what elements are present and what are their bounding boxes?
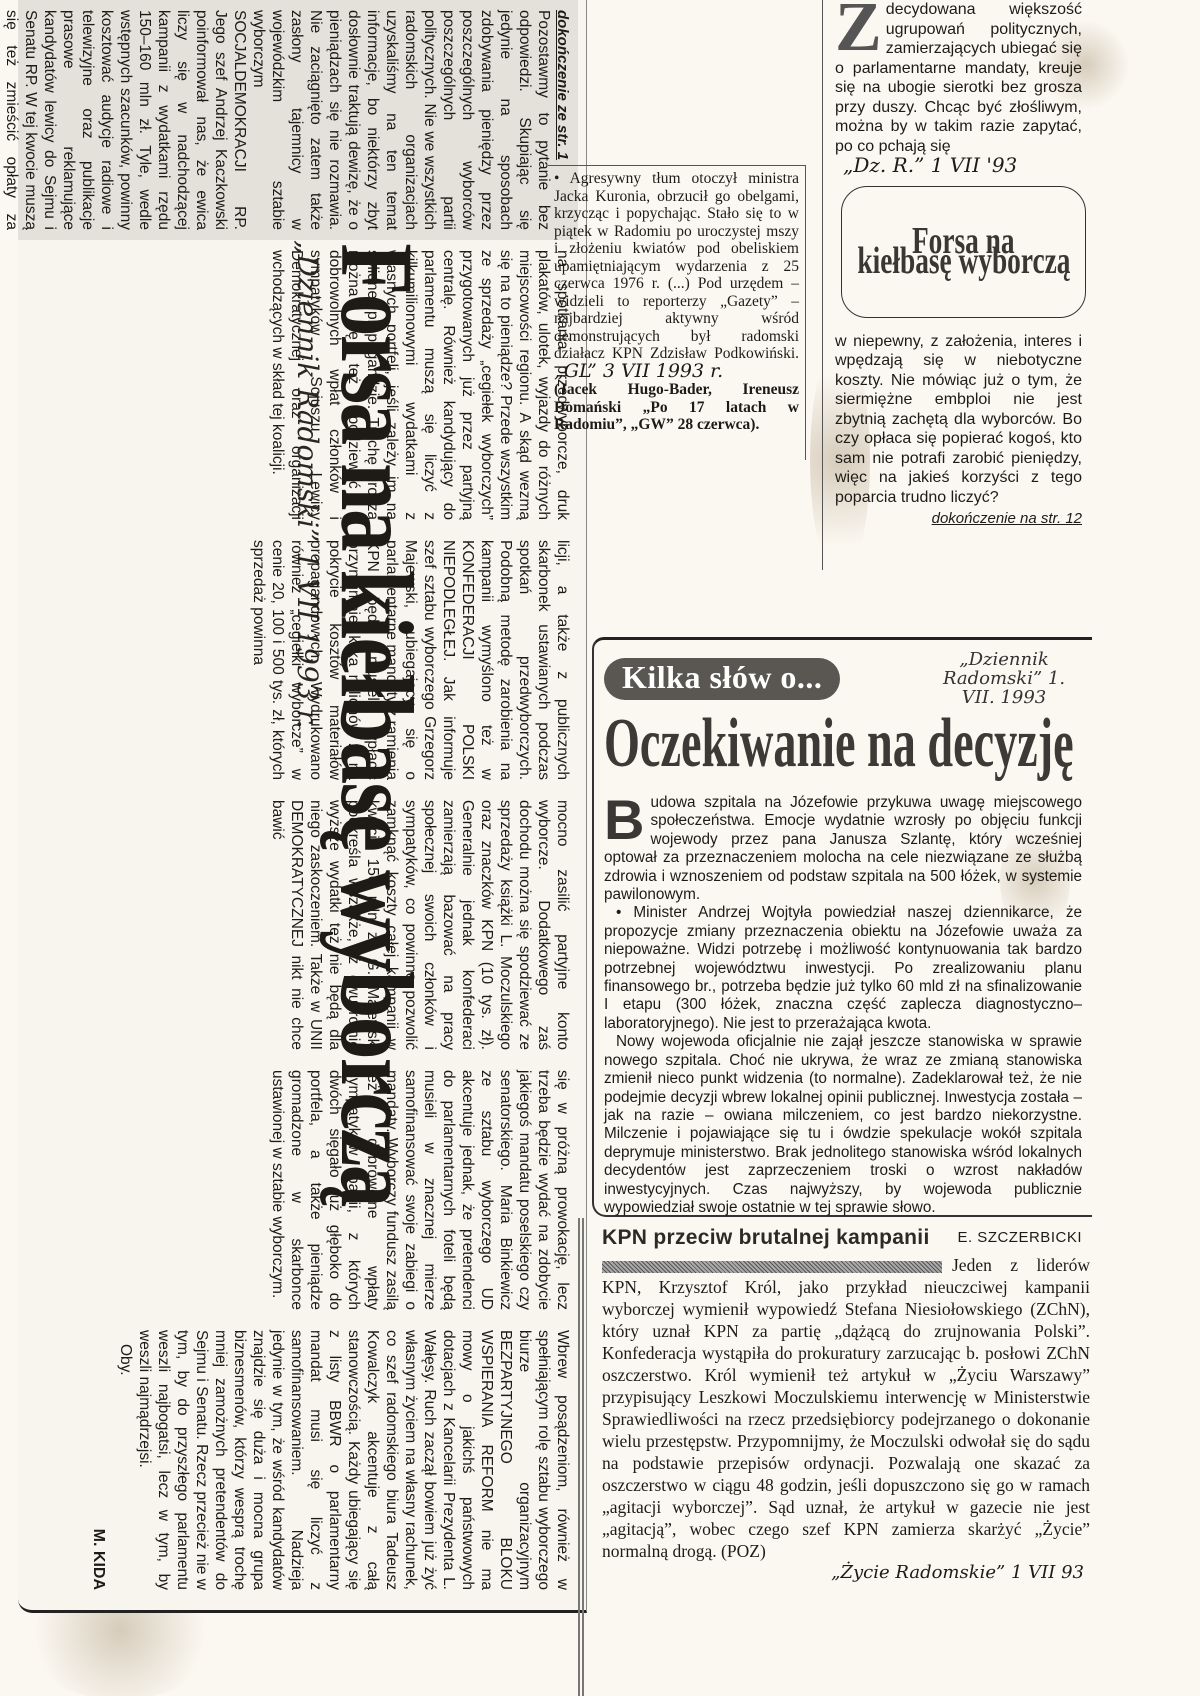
paragraph: • Minister Andrzej Wojtyła powiedział na…	[604, 904, 1082, 1033]
closing-word: Oby.	[116, 1330, 135, 1590]
kpn-article: KPN przeciw brutalnej kampanii Jeden z l…	[578, 1218, 1090, 1696]
handwritten-source-note: „Dz. R.” 1 VII '93	[843, 156, 1082, 176]
forsa-continued-clip: Z decydowana większość ugrupowań polityc…	[822, 0, 1090, 570]
byline: (Jacek Hugo-Bader, Ireneusz Domański „Po…	[554, 381, 799, 434]
handwritten-source-note: „Życie Radomskie” 1 VII 93	[831, 1562, 1084, 1583]
article-column: Wbrew posądzeniom, również w spełniający…	[18, 1320, 578, 1600]
kicker-label: Kilka słów o...	[604, 658, 840, 700]
article-title: Oczekiwanie na decyzję	[604, 704, 919, 784]
rotated-content: dokończenie ze str. 1 Pozostawmy to pyta…	[18, 0, 578, 1600]
inset-title-line: kiełbasę wyborczą	[857, 252, 1070, 272]
handwritten-source-note: „GL” 3 VII 1993 r.	[554, 360, 723, 382]
article-body: Jeden z liderów KPN, Krzysztof Król, jak…	[602, 1254, 1090, 1562]
left-rotated-article: dokończenie ze str. 1 Pozostawmy to pyta…	[18, 0, 587, 1613]
article-column: mocno zasilić partyjne konto wyborcze. D…	[18, 790, 578, 1060]
inset-title-box: Forsa na kiełbasę wyborczą	[841, 186, 1086, 318]
article-column: dokończenie ze str. 1 Pozostawmy to pyta…	[18, 0, 578, 240]
clip-text: • Agresywny tłum otoczył ministra Jacka …	[554, 170, 799, 362]
continuation-label: dokończenie na str. 12	[835, 509, 1082, 529]
hospital-article: Kilka słów o... „Dziennik Radomski” 1. V…	[592, 637, 1092, 1217]
drop-cap: Z	[835, 0, 882, 56]
kuron-news-clip: • Agresywny tłum otoczył ministra Jacka …	[548, 165, 806, 460]
clip-text: w niepewny, z założenia, interes i wpędz…	[835, 332, 1082, 508]
paragraph: udowa szpitala na Józefowie przykuwa uwa…	[604, 794, 1082, 903]
handwritten-source-note: „Dziennik Radomski” 1. VII. 1993	[924, 650, 1084, 707]
column-text: Wbrew posądzeniom, również w spełniający…	[135, 1330, 572, 1590]
column-text: Pozostawmy to pytanie bez odpowiedzi. Sk…	[0, 10, 553, 230]
author-signature: M. KIDA	[89, 1330, 108, 1590]
article-body: B udowa szpitala na Józefowie przykuwa u…	[604, 794, 1082, 1217]
article-column: licji, a także z publicznych skarbonek u…	[18, 530, 578, 790]
article-title: KPN przeciw brutalnej kampanii	[602, 1226, 1090, 1250]
headline: Forsa na kiełbasę wyborczą	[324, 240, 428, 478]
decorative-rule	[602, 1261, 942, 1273]
article-column: się w próżną prowokację, lecz trzeba będ…	[18, 1060, 578, 1320]
drop-cap: B	[604, 796, 644, 844]
paragraph: Jeden z liderów KPN, Krzysztof Król, jak…	[602, 1255, 1090, 1561]
paragraph: Nowy wojewoda oficjalnie nie zajął jeszc…	[604, 1033, 1082, 1217]
